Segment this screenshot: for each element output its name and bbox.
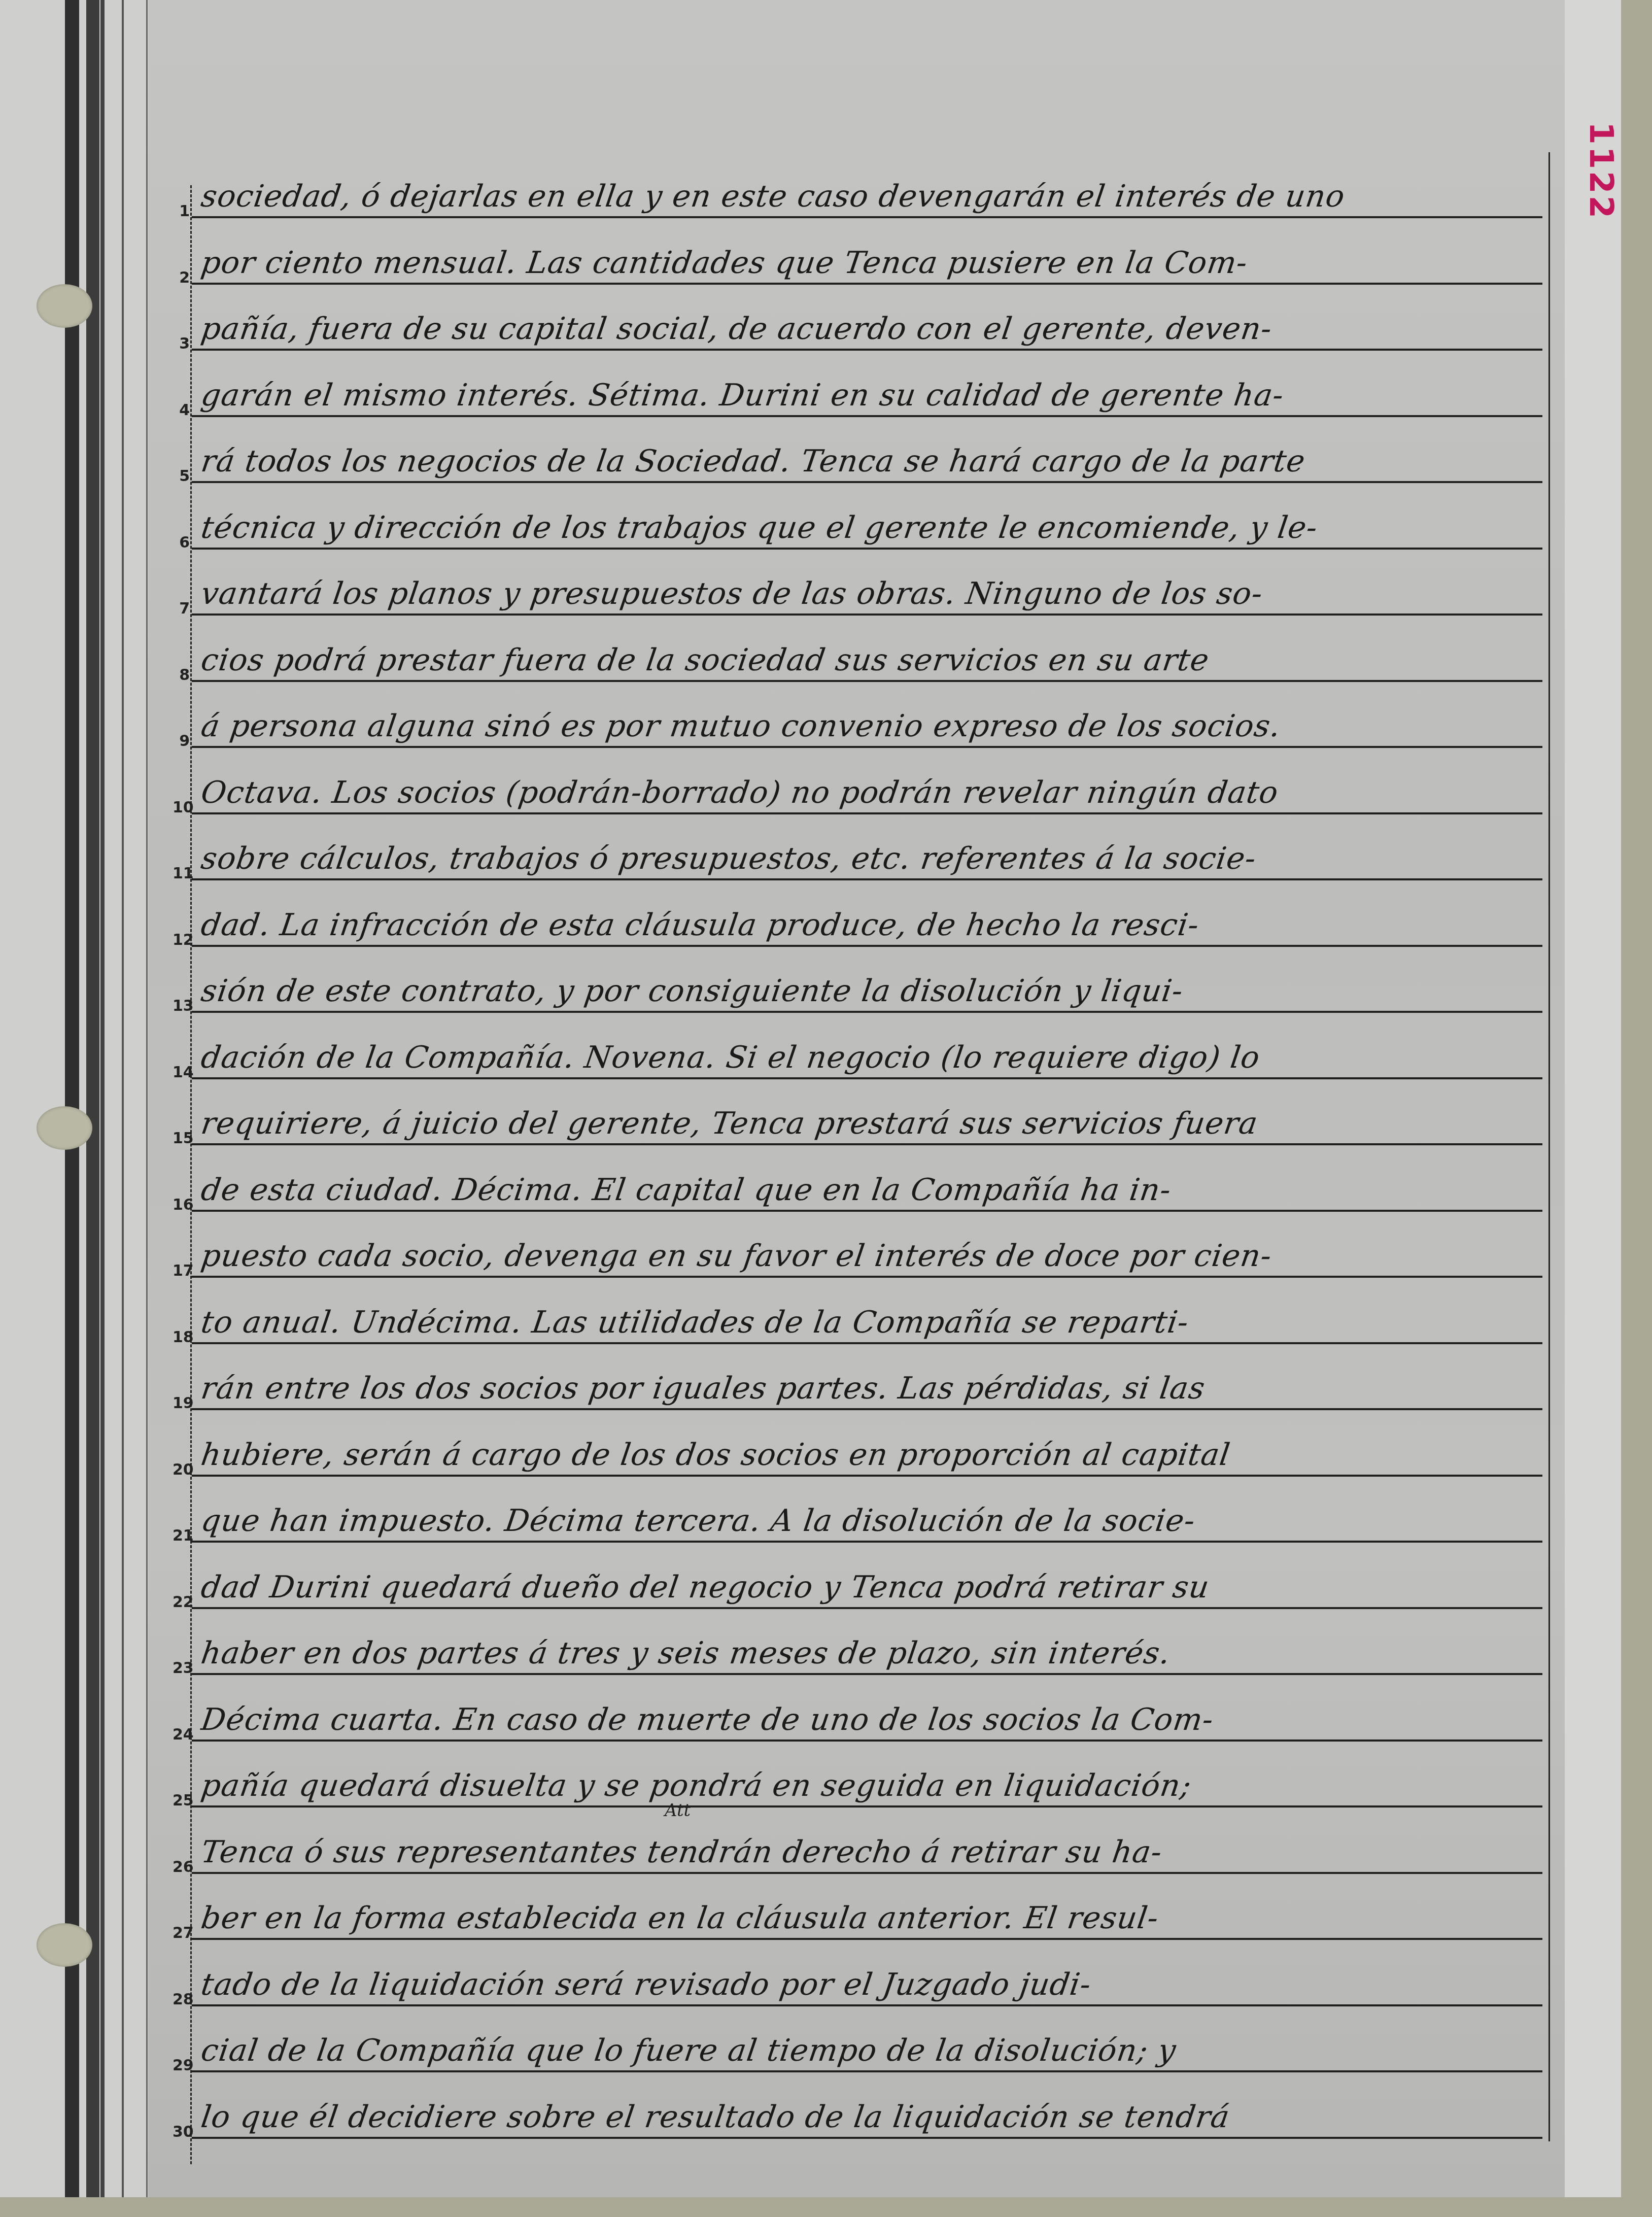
ruled-line [192,415,1542,417]
ruled-line [192,548,1542,550]
handwritten-line-text: sociedad, ó dejarlas en ella y en este c… [199,179,1542,214]
document-line: 18to anual. Undécima. Las utilidades de … [173,1283,1553,1344]
handwritten-line-text: pañía, fuera de su capital social, de ac… [199,311,1542,347]
document-line: 26Tenca ó sus representantes tendrán der… [173,1813,1553,1874]
handwritten-line-text: cios podrá prestar fuera de la sociedad … [199,642,1542,678]
handwritten-line-text: técnica y dirección de los trabajos que … [199,510,1542,545]
ruled-line [192,1938,1542,1940]
ruled-line [192,1077,1542,1079]
ruled-line [192,1541,1542,1543]
line-number: 30 [173,2123,190,2141]
handwritten-line-text: dad. La infracción de esta cláusula prod… [199,907,1542,943]
line-number: 8 [173,666,190,684]
ruled-line [192,1607,1542,1609]
handwritten-line-text: rán entre los dos socios por iguales par… [199,1371,1542,1406]
document-line: 17puesto cada socio, devenga en su favor… [173,1217,1553,1278]
handwritten-line-text: dación de la Compañía. Novena. Si el neg… [199,1040,1542,1075]
handwritten-line-text: Décima cuarta. En caso de muerte de uno … [199,1702,1542,1737]
document-line: 9á persona alguna sinó es por mutuo conv… [173,687,1553,748]
document-line: 30lo que él decidiere sobre el resultado… [173,2078,1553,2139]
ruled-line [192,216,1542,218]
document-line: 15requiriere, á juicio del gerente, Tenc… [173,1084,1553,1145]
document-line: 28tado de la liquidación será revisado p… [173,1946,1553,2006]
document-line: 7vantará los planos y presupuestos de la… [173,555,1553,616]
interlinear-insertion: Att [665,1800,691,1821]
line-number: 13 [173,997,190,1015]
handwritten-line-text: to anual. Undécima. Las utilidades de la… [199,1305,1542,1340]
ruled-line [192,2137,1542,2139]
document-line: 10Octava. Los socios (podrán-borrado) no… [173,754,1553,814]
handwritten-line-text: sobre cálculos, trabajos ó presupuestos,… [199,841,1542,876]
handwritten-line-text: dad Durini quedará dueño del negocio y T… [199,1570,1542,1605]
line-number: 9 [173,732,190,750]
ruled-line [192,1210,1542,1212]
line-number: 2 [173,269,190,287]
ruled-line [192,1673,1542,1675]
line-number: 4 [173,401,190,419]
handwritten-line-text: requiriere, á juicio del gerente, Tenca … [199,1106,1542,1141]
line-number: 27 [173,1924,190,1942]
line-number: 1 [173,202,190,220]
handwritten-line-text: Tenca ó sus representantes tendrán derec… [199,1834,1542,1870]
ruled-line [192,481,1542,483]
document-line: 11sobre cálculos, trabajos ó presupuesto… [173,820,1553,880]
document-line: 12dad. La infracción de esta cláusula pr… [173,886,1553,947]
handwritten-line-text: vantará los planos y presupuestos de las… [199,576,1542,611]
document-line: 24Décima cuarta. En caso de muerte de un… [173,1681,1553,1742]
document-line: 22dad Durini quedará dueño del negocio y… [173,1548,1553,1609]
line-number: 18 [173,1328,190,1346]
line-number: 11 [173,865,190,882]
line-number: 5 [173,467,190,485]
line-number: 24 [173,1726,190,1744]
document-line: 13sión de este contrato, y por consiguie… [173,952,1553,1013]
document-line: 27ber en la forma establecida en la cláu… [173,1879,1553,1940]
handwritten-line-text: haber en dos partes á tres y seis meses … [199,1635,1542,1671]
line-number: 3 [173,335,190,353]
line-number: 20 [173,1461,190,1479]
ruled-line [192,349,1542,351]
handwritten-line-text: cial de la Compañía que lo fuere al tiem… [199,2033,1542,2068]
ruled-line [192,680,1542,682]
document-line: 16de esta ciudad. Décima. El capital que… [173,1151,1553,1212]
ruled-line [192,1011,1542,1013]
handwritten-line-text: que han impuesto. Décima tercera. A la d… [199,1503,1542,1539]
document-line: 20hubiere, serán á cargo de los dos soci… [173,1416,1553,1477]
handwritten-line-text: de esta ciudad. Décima. El capital que e… [199,1172,1542,1208]
handwritten-line-text: puesto cada socio, devenga en su favor e… [199,1238,1542,1274]
line-number: 12 [173,931,190,949]
line-number: 28 [173,1991,190,2008]
ruled-line [192,1872,1542,1874]
handwritten-line-text: sión de este contrato, y por consiguient… [199,973,1542,1009]
line-number: 19 [173,1394,190,1412]
handwritten-line-text: á persona alguna sinó es por mutuo conve… [199,708,1542,744]
document-line: 4garán el mismo interés. Sétima. Durini … [173,356,1553,417]
line-number: 15 [173,1130,190,1147]
document-line: 19rán entre los dos socios por iguales p… [173,1349,1553,1410]
line-number: 25 [173,1792,190,1810]
handwritten-line-text: lo que él decidiere sobre el resultado d… [199,2099,1542,2135]
ruled-line [192,1408,1542,1410]
document-line: 14dación de la Compañía. Novena. Si el n… [173,1018,1553,1079]
handwritten-line-text: ber en la forma establecida en la cláusu… [199,1900,1542,1936]
line-number: 10 [173,799,190,816]
ruled-line [192,945,1542,947]
line-number: 23 [173,1659,190,1677]
line-number: 14 [173,1064,190,1081]
ruled-line [192,878,1542,880]
document-line: 23haber en dos partes á tres y seis mese… [173,1614,1553,1675]
ruled-line [192,1475,1542,1477]
handwritten-line-text: pañía quedará disuelta y se pondrá en se… [199,1768,1542,1803]
line-number: 21 [173,1527,190,1545]
line-number: 17 [173,1262,190,1280]
document-line: 6técnica y dirección de los trabajos que… [173,489,1553,550]
line-number: 7 [173,600,190,618]
line-number: 16 [173,1196,190,1214]
line-number: 26 [173,1858,190,1876]
ruled-line [192,1276,1542,1278]
handwritten-text-block: 1sociedad, ó dejarlas en ella y en este … [0,0,1652,2217]
handwritten-line-text: Octava. Los socios (podrán-borrado) no p… [199,775,1542,810]
ruled-line [192,2004,1542,2006]
document-line: 2por ciento mensual. Las cantidades que … [173,224,1553,285]
ruled-line [192,1740,1542,1742]
ruled-line [192,812,1542,814]
ruled-line [192,2070,1542,2072]
handwritten-line-text: por ciento mensual. Las cantidades que T… [199,245,1542,281]
line-number: 6 [173,534,190,552]
document-line: 1sociedad, ó dejarlas en ella y en este … [173,157,1553,218]
document-line: 21que han impuesto. Décima tercera. A la… [173,1482,1553,1543]
document-line: 3pañía, fuera de su capital social, de a… [173,290,1553,351]
document-line: 29cial de la Compañía que lo fuere al ti… [173,2011,1553,2072]
ruled-line [192,1805,1542,1807]
ruled-line [192,746,1542,748]
ruled-line [192,1342,1542,1344]
ruled-line [192,1143,1542,1145]
document-line: 25pañía quedará disuelta y se pondrá en … [173,1747,1553,1807]
line-number: 29 [173,2057,190,2074]
ruled-line [192,613,1542,616]
document-line: 5rá todos los negocios de la Sociedad. T… [173,422,1553,483]
handwritten-line-text: tado de la liquidación será revisado por… [199,1967,1542,2002]
document-line: 8cios podrá prestar fuera de la sociedad… [173,621,1553,682]
handwritten-line-text: rá todos los negocios de la Sociedad. Te… [199,444,1542,479]
line-number: 22 [173,1593,190,1611]
ruled-line [192,283,1542,285]
handwritten-line-text: garán el mismo interés. Sétima. Durini e… [199,378,1542,413]
handwritten-line-text: hubiere, serán á cargo de los dos socios… [199,1437,1542,1473]
